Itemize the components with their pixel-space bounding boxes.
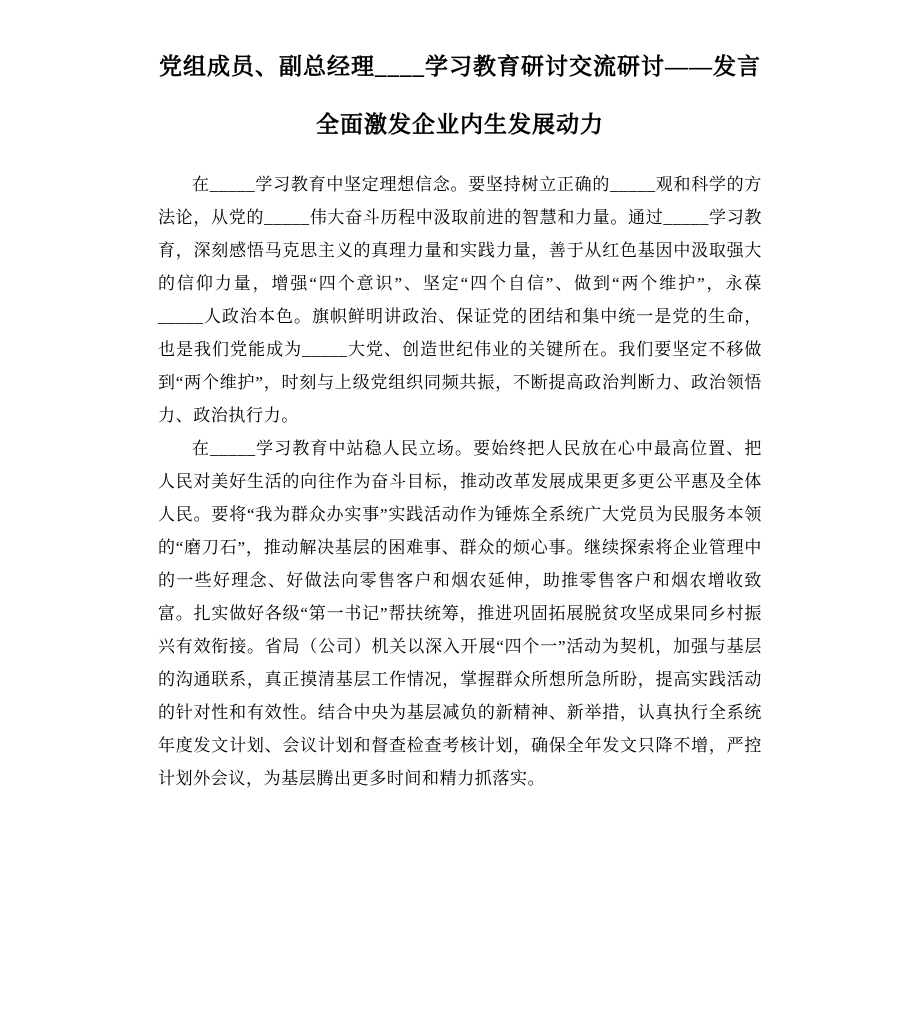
document-page: 党组成员、副总经理____学习教育研讨交流研讨——发言 全面激发企业内生发展动力… xyxy=(0,0,920,1009)
paragraph: 在_____学习教育中坚定理想信念。要坚持树立正确的_____观和科学的方法论，… xyxy=(158,168,762,432)
document-title-line1: 党组成员、副总经理____学习教育研讨交流研讨——发言 xyxy=(120,38,800,96)
document-body: 党组成员、副总经理____学习教育研讨交流研讨——发言 全面激发企业内生发展动力… xyxy=(0,0,920,795)
document-title-line2: 全面激发企业内生发展动力 xyxy=(120,96,800,154)
paragraph: 在_____学习教育中站稳人民立场。要始终把人民放在心中最高位置、把人民对美好生… xyxy=(158,432,762,795)
document-text-block: 在_____学习教育中坚定理想信念。要坚持树立正确的_____观和科学的方法论，… xyxy=(158,168,762,795)
